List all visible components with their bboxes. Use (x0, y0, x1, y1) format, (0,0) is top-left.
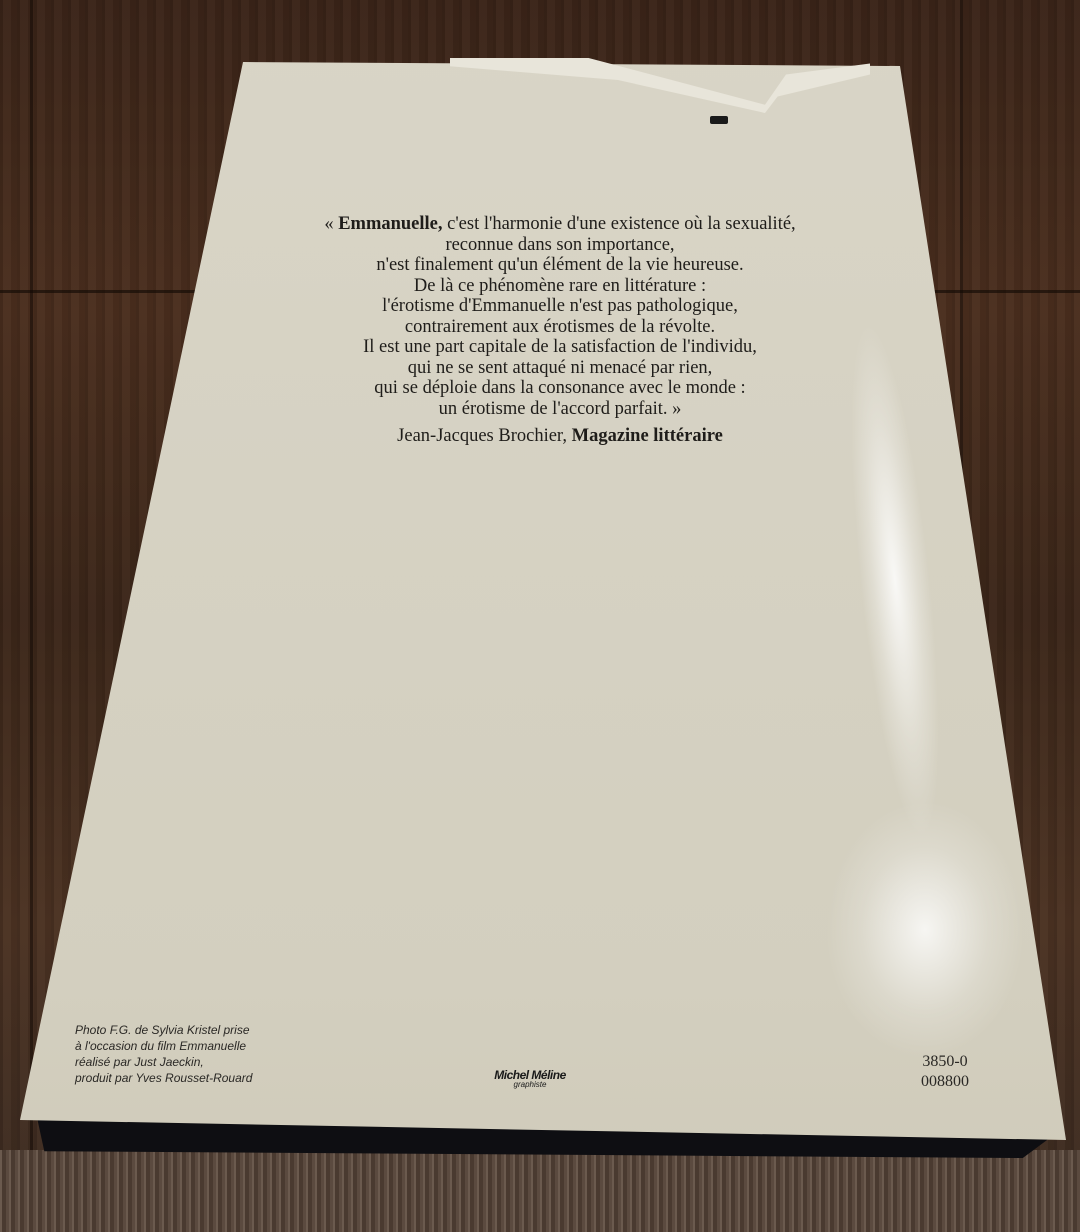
blurb-quote: « Emmanuelle, c'est l'harmonie d'une exi… (230, 214, 890, 419)
code-line: 008800 (900, 1072, 990, 1092)
glare (825, 800, 1025, 1060)
quote-line: qui se déploie dans la consonance avec l… (230, 378, 890, 399)
floor-seam (30, 0, 33, 1232)
quote-line: De là ce phénomène rare en littérature : (230, 276, 890, 297)
quote-attribution: Jean-Jacques Brochier, Magazine littérai… (230, 426, 890, 447)
quote-line: un érotisme de l'accord parfait. » (230, 399, 890, 420)
photo-credits: Photo F.G. de Sylvia Kristel prise à l'o… (75, 1022, 345, 1086)
jacket-notch (710, 116, 728, 124)
quote-line: Il est une part capitale de la satisfact… (230, 337, 890, 358)
credit-line: produit par Yves Rousset-Rouard (75, 1070, 345, 1086)
code-line: 3850-0 (900, 1052, 990, 1072)
quote-emphasis: Emmanuelle, (338, 214, 442, 234)
attribution-source: Magazine littéraire (572, 426, 723, 446)
floor-bottom (0, 1150, 1080, 1232)
credit-line: réalisé par Just Jaeckin, (75, 1054, 345, 1070)
attribution-author: Jean-Jacques Brochier, (397, 426, 571, 446)
designer-sub: graphiste (470, 1080, 590, 1089)
catalog-code: 3850-0 008800 (900, 1052, 990, 1092)
quote-line: « Emmanuelle, c'est l'harmonie d'une exi… (230, 214, 890, 235)
credit-line: Photo F.G. de Sylvia Kristel prise (75, 1022, 345, 1038)
quote-line: contrairement aux érotismes de la révolt… (230, 317, 890, 338)
designer-logo: Michel Méline graphiste (470, 1068, 590, 1089)
quote-line: l'érotisme d'Emmanuelle n'est pas pathol… (230, 296, 890, 317)
credit-line: à l'occasion du film Emmanuelle (75, 1038, 345, 1054)
quote-line: qui ne se sent attaqué ni menacé par rie… (230, 358, 890, 379)
quote-line: n'est finalement qu'un élément de la vie… (230, 255, 890, 276)
quote-line: reconnue dans son importance, (230, 235, 890, 256)
